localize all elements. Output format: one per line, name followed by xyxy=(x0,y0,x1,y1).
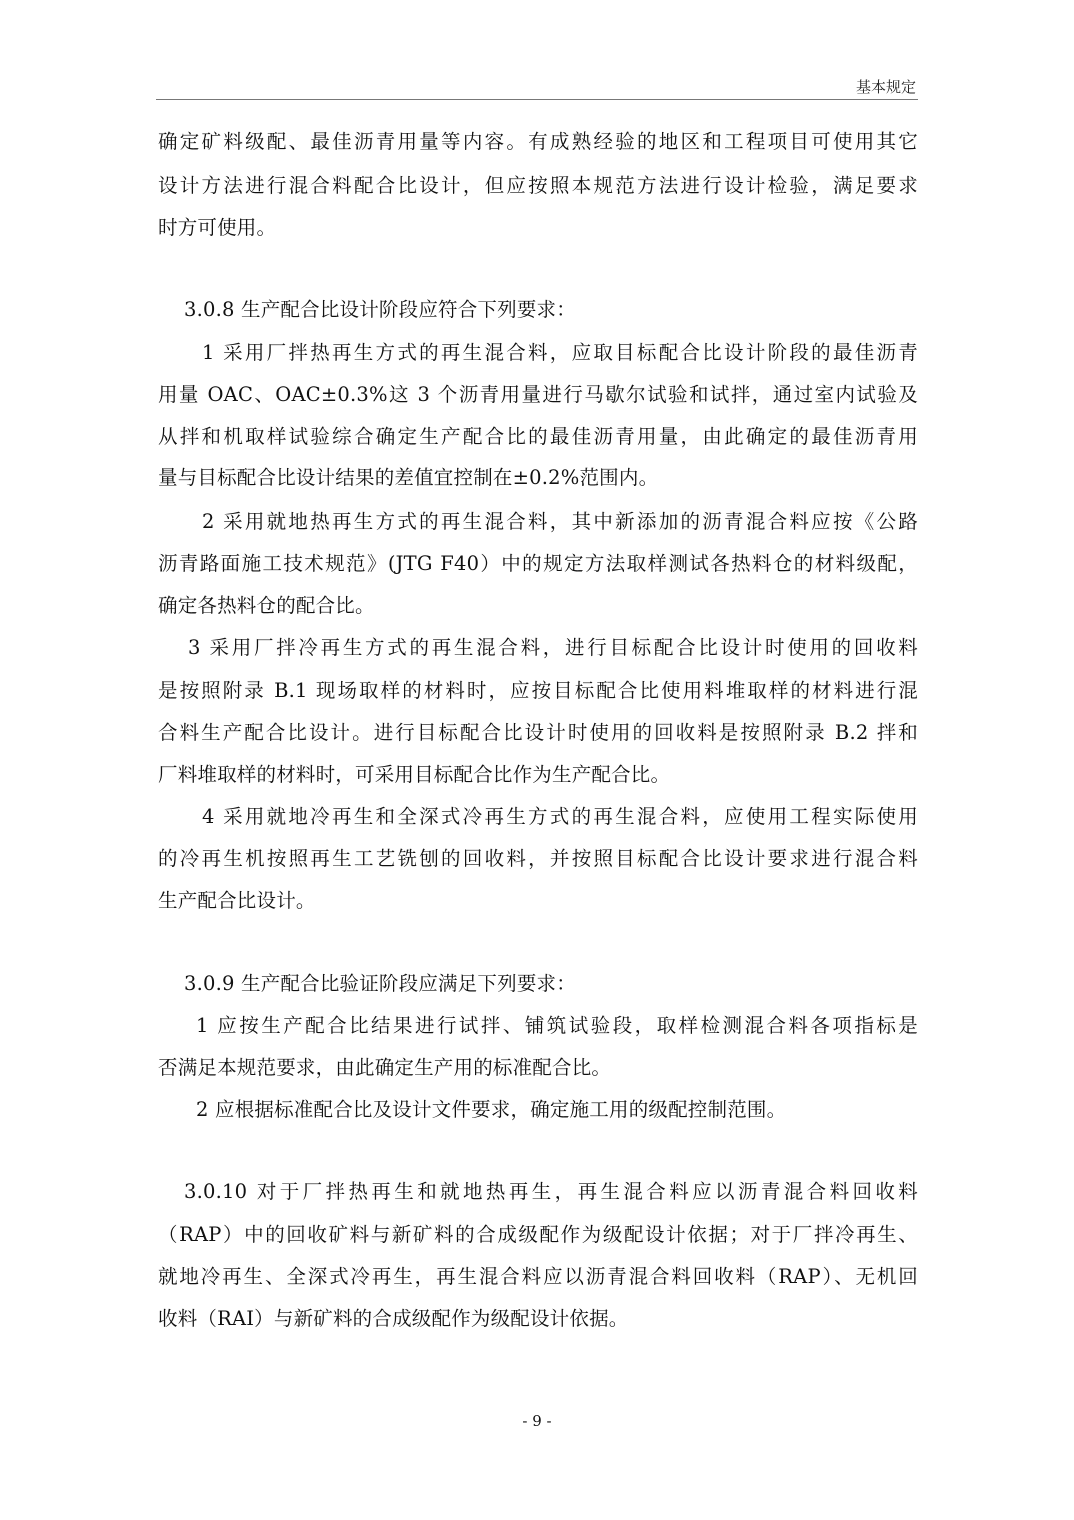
paragraph-line: 确定各热料仓的配合比。 xyxy=(158,592,918,620)
paragraph-line: 厂料堆取样的材料时，可采用目标配合比作为生产配合比。 xyxy=(158,761,918,789)
section-heading-line: 3.0.9 生产配合比验证阶段应满足下列要求： xyxy=(184,970,918,998)
paragraph-line: 时方可使用。 xyxy=(158,214,918,242)
section-heading-line: 3.0.10 对于厂拌热再生和就地热再生，再生混合料应以沥青混合料回收料 xyxy=(184,1178,918,1206)
paragraph-line: （RAP）中的回收矿料与新矿料的合成级配作为级配设计依据；对于厂拌冷再生、 xyxy=(158,1221,918,1249)
paragraph-line: 3 采用厂拌冷再生方式的再生混合料，进行目标配合比设计时使用的回收料 xyxy=(188,634,918,662)
paragraph-line: 1 应按生产配合比结果进行试拌、铺筑试验段，取样检测混合料各项指标是 xyxy=(196,1012,918,1040)
paragraph-line: 的冷再生机按照再生工艺铣刨的回收料，并按照目标配合比设计要求进行混合料 xyxy=(158,845,918,873)
header-rule xyxy=(156,99,918,100)
paragraph-line: 4 采用就地冷再生和全深式冷再生方式的再生混合料，应使用工程实际使用 xyxy=(202,803,918,831)
paragraph-line: 沥青路面施工技术规范》(JTG F40）中的规定方法取样测试各热料仓的材料级配， xyxy=(158,550,918,578)
paragraph-line: 从拌和机取样试验综合确定生产配合比的最佳沥青用量，由此确定的最佳沥青用 xyxy=(158,423,918,451)
paragraph-line: 设计方法进行混合料配合比设计，但应按照本规范方法进行设计检验，满足要求 xyxy=(158,172,918,200)
paragraph-line: 就地冷再生、全深式冷再生，再生混合料应以沥青混合料回收料（RAP）、无机回 xyxy=(158,1263,918,1291)
paragraph-line: 2 应根据标准配合比及设计文件要求，确定施工用的级配控制范围。 xyxy=(196,1096,918,1124)
page-number: - 9 - xyxy=(0,1412,1074,1430)
running-header-title: 基本规定 xyxy=(856,76,916,97)
paragraph-line: 合料生产配合比设计。进行目标配合比设计时使用的回收料是按照附录 B.2 拌和 xyxy=(158,719,918,747)
paragraph-line: 确定矿料级配、最佳沥青用量等内容。有成熟经验的地区和工程项目可使用其它 xyxy=(158,128,918,156)
paragraph-line: 1 采用厂拌热再生方式的再生混合料，应取目标配合比设计阶段的最佳沥青 xyxy=(202,339,918,367)
paragraph-line: 用量 OAC、OAC±0.3%这 3 个沥青用量进行马歇尔试验和试拌，通过室内试… xyxy=(158,381,918,409)
paragraph-line: 否满足本规范要求，由此确定生产用的标准配合比。 xyxy=(158,1054,918,1082)
paragraph-line: 生产配合比设计。 xyxy=(158,887,918,915)
paragraph-line: 量与目标配合比设计结果的差值宜控制在±0.2%范围内。 xyxy=(158,464,918,492)
section-heading-line: 3.0.8 生产配合比设计阶段应符合下列要求： xyxy=(184,296,918,324)
paragraph-line: 是按照附录 B.1 现场取样的材料时，应按目标配合比使用料堆取样的材料进行混 xyxy=(158,677,918,705)
paragraph-line: 2 采用就地热再生方式的再生混合料，其中新添加的沥青混合料应按《公路 xyxy=(202,508,918,536)
paragraph-line: 收料（RAI）与新矿料的合成级配作为级配设计依据。 xyxy=(158,1305,918,1333)
